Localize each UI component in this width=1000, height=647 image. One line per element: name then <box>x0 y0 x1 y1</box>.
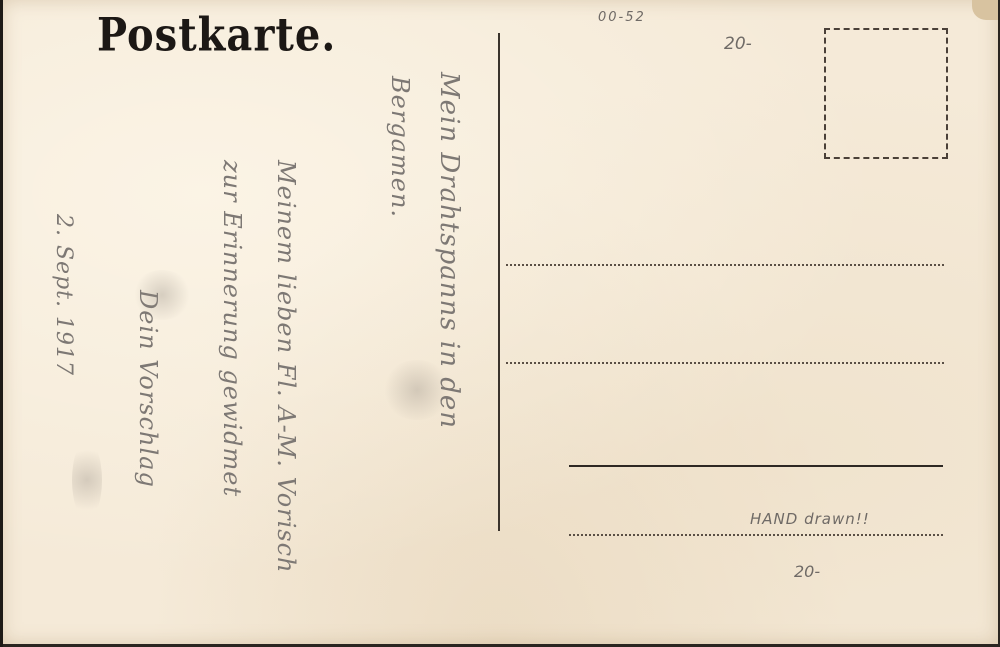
address-line-2 <box>506 362 944 364</box>
center-divider <box>498 33 500 531</box>
message-line-2: Meinem lieben Fl. A-M. Vorisch <box>272 160 300 574</box>
price-top: 20- <box>724 34 752 54</box>
postcard-title: Postkarte. <box>97 8 336 62</box>
address-line-3 <box>569 465 943 467</box>
message-date: 2. Sept. 1917 <box>51 214 76 376</box>
message-line-2b: zur Erinnerung gewidmet <box>218 160 246 497</box>
scan-edge <box>0 0 3 647</box>
hand-drawn-note: HAND drawn!! <box>750 510 870 528</box>
paper-smudge <box>72 440 102 520</box>
message-line-1b: Bergamen. <box>386 76 414 218</box>
catalog-code: 00-52 <box>598 10 646 25</box>
paper-smudge <box>132 270 192 320</box>
address-line-1 <box>506 264 944 266</box>
torn-corner <box>972 0 998 20</box>
address-line-4 <box>569 534 943 536</box>
price-bottom: 20- <box>794 562 820 581</box>
paper-smudge <box>382 360 452 420</box>
postcard-back: Postkarte. 00-52 20- HAND drawn!! 20- Me… <box>2 0 998 644</box>
stamp-box <box>824 28 948 159</box>
